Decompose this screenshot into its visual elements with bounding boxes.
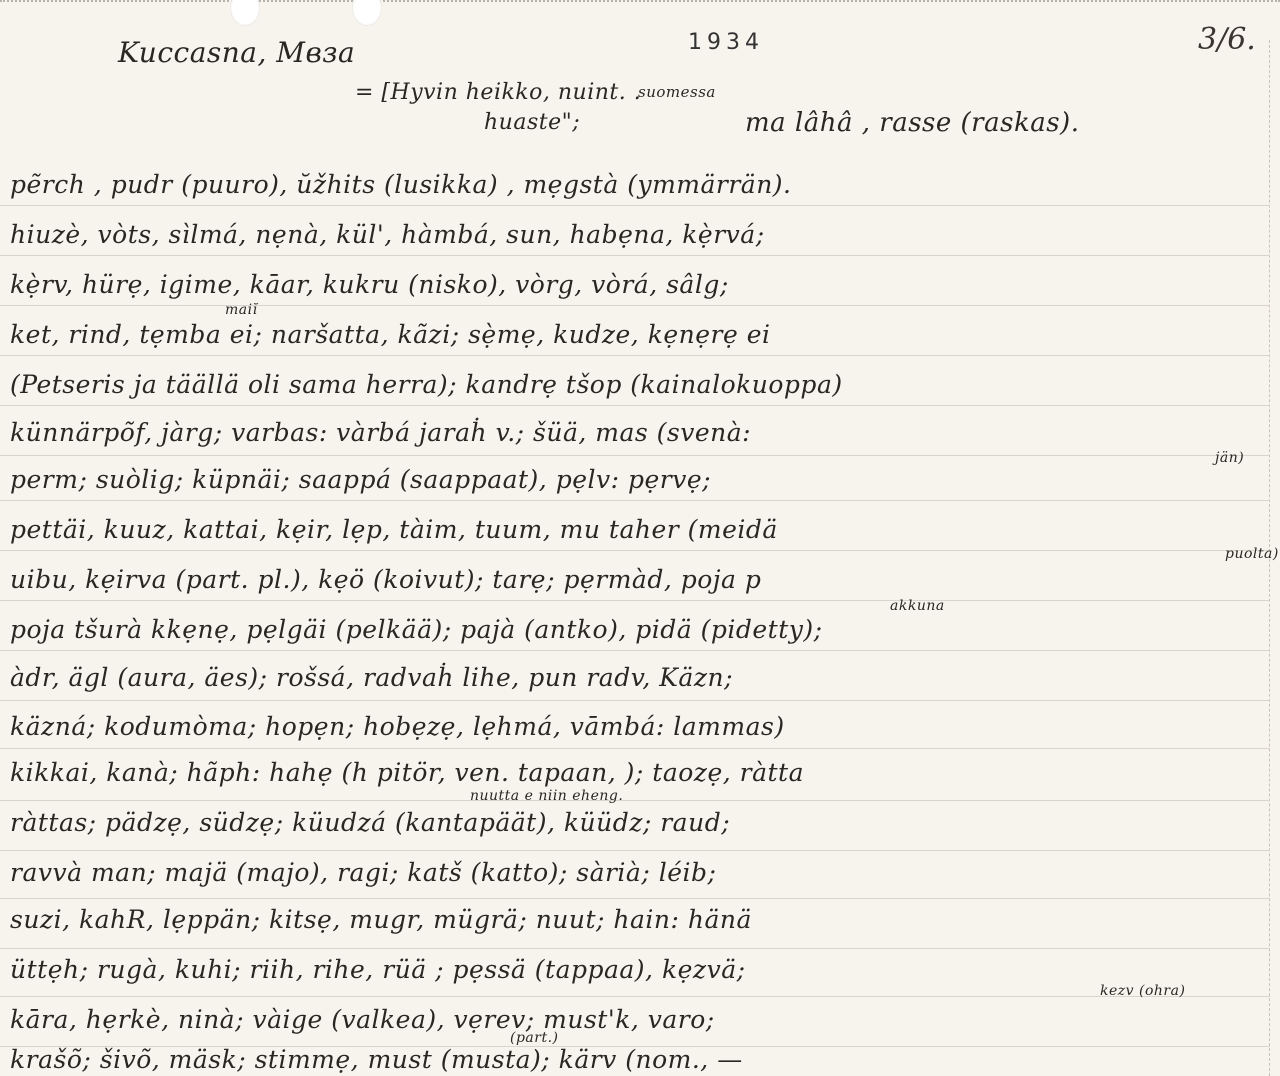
text-line-10-superscript: akkuna	[890, 598, 945, 614]
text-line-16: suzi, kahR, lẹppän; kitsẹ, mugr, mügrä; …	[10, 905, 752, 934]
page-number: 3/6.	[1198, 22, 1256, 57]
ruled-line	[0, 205, 1270, 206]
text-line-14: ràttas; pädzẹ, südzẹ; küudzá (kantapäät)…	[10, 808, 730, 837]
ruled-line	[0, 850, 1270, 851]
text-line-17: üttẹh; rugà, kuhi; riih, rihe, rüä ; pẹs…	[10, 955, 746, 984]
ruled-line	[0, 405, 1270, 406]
text-line-11: àdr, ägl (aura, äes); rošsá, radvaḣ lihe…	[10, 663, 733, 692]
punch-hole-left	[230, 0, 260, 26]
text-line-12: käzná; kodumòma; hopẹn; hobẹzẹ, lẹhmá, v…	[10, 712, 785, 741]
ruled-line	[0, 700, 1270, 701]
intro-note-line-1: = [Hyvin heikko, nuint. .	[355, 80, 641, 105]
text-line-3: kẹ̀rv, hürẹ, igime, kāar, kukru (nisko),…	[10, 270, 729, 299]
text-line-5: (Petseris ja täällä oli sama herra); kan…	[10, 370, 843, 399]
ruled-line	[0, 996, 1270, 997]
ruled-line	[0, 800, 1270, 801]
ruled-line	[0, 305, 1270, 306]
ruled-line	[0, 255, 1270, 256]
perforated-top-edge	[0, 0, 1280, 8]
manuscript-page: Kuccasna, Mвзa 1934 3/6. = [Hyvin heikko…	[0, 0, 1280, 1076]
text-line-8-superscript: puolta)	[1225, 546, 1279, 562]
ruled-line	[0, 948, 1270, 949]
text-line-2: hiuzè, vòts, sìlmá, nẹnà, kül', hàmbá, s…	[10, 220, 765, 249]
text-line-17-superscript: kezv (ohra)	[1100, 983, 1185, 999]
text-line-4: ket, rind, tẹmba ei; naršatta, kãzi; sẹ̀…	[10, 320, 771, 349]
ruled-line	[0, 500, 1270, 501]
text-line-4-superscript: maiĭ	[225, 302, 258, 318]
year-stamp: 1934	[688, 30, 764, 55]
text-line-6-superscript: jän)	[1215, 450, 1244, 466]
ruled-line	[0, 355, 1270, 356]
intro-note-superscript: suomessa	[638, 83, 716, 101]
text-line-10: poja tšurà kkẹnẹ, pẹlgäi (pelkää); pajà …	[10, 615, 823, 644]
text-line-19: krašõ; šivõ, mäsk; stimmẹ, must (musta);…	[10, 1045, 743, 1074]
intro-note-line-2: huaste";	[484, 110, 580, 135]
text-line-6: künnärpõf, jàrg; varbas: vàrbá jaraḣ v.;…	[10, 418, 751, 447]
ruled-line	[0, 600, 1270, 601]
text-line-8: pettäi, kuuz, kattai, kẹir, lẹp, tàim, t…	[10, 515, 778, 544]
text-line-13: kikkai, kanà; hãph: hahẹ (h pitör, ven. …	[10, 758, 804, 787]
ruled-line	[0, 650, 1270, 651]
ruled-line	[0, 748, 1270, 749]
ruled-line	[0, 898, 1270, 899]
text-line-13-superscript: nuutta e niin eheng.	[470, 788, 623, 804]
intro-note-line-2-right: ma lâhâ , rasse (raskas).	[745, 108, 1079, 138]
text-line-1: pẽrch , pudr (puuro), ŭžhits (lusikka) ,…	[10, 170, 792, 199]
punch-hole-right	[352, 0, 382, 26]
ruled-line	[0, 455, 1270, 456]
text-line-19-superscript: (part.)	[510, 1030, 559, 1046]
text-line-7: perm; suòlig; küpnäi; saappá (saappaat),…	[10, 465, 711, 494]
text-line-18: kāra, hẹrkè, ninà; vàige (valkea), vẹrev…	[10, 1005, 715, 1034]
text-line-9: uibu, kẹirva (part. pl.), kẹö (koivut); …	[10, 565, 761, 594]
text-line-15: ravvà man; majä (majo), ragi; katš (katt…	[10, 858, 716, 887]
location-heading: Kuccasna, Mвзa	[118, 36, 355, 69]
ruled-line	[0, 550, 1270, 551]
